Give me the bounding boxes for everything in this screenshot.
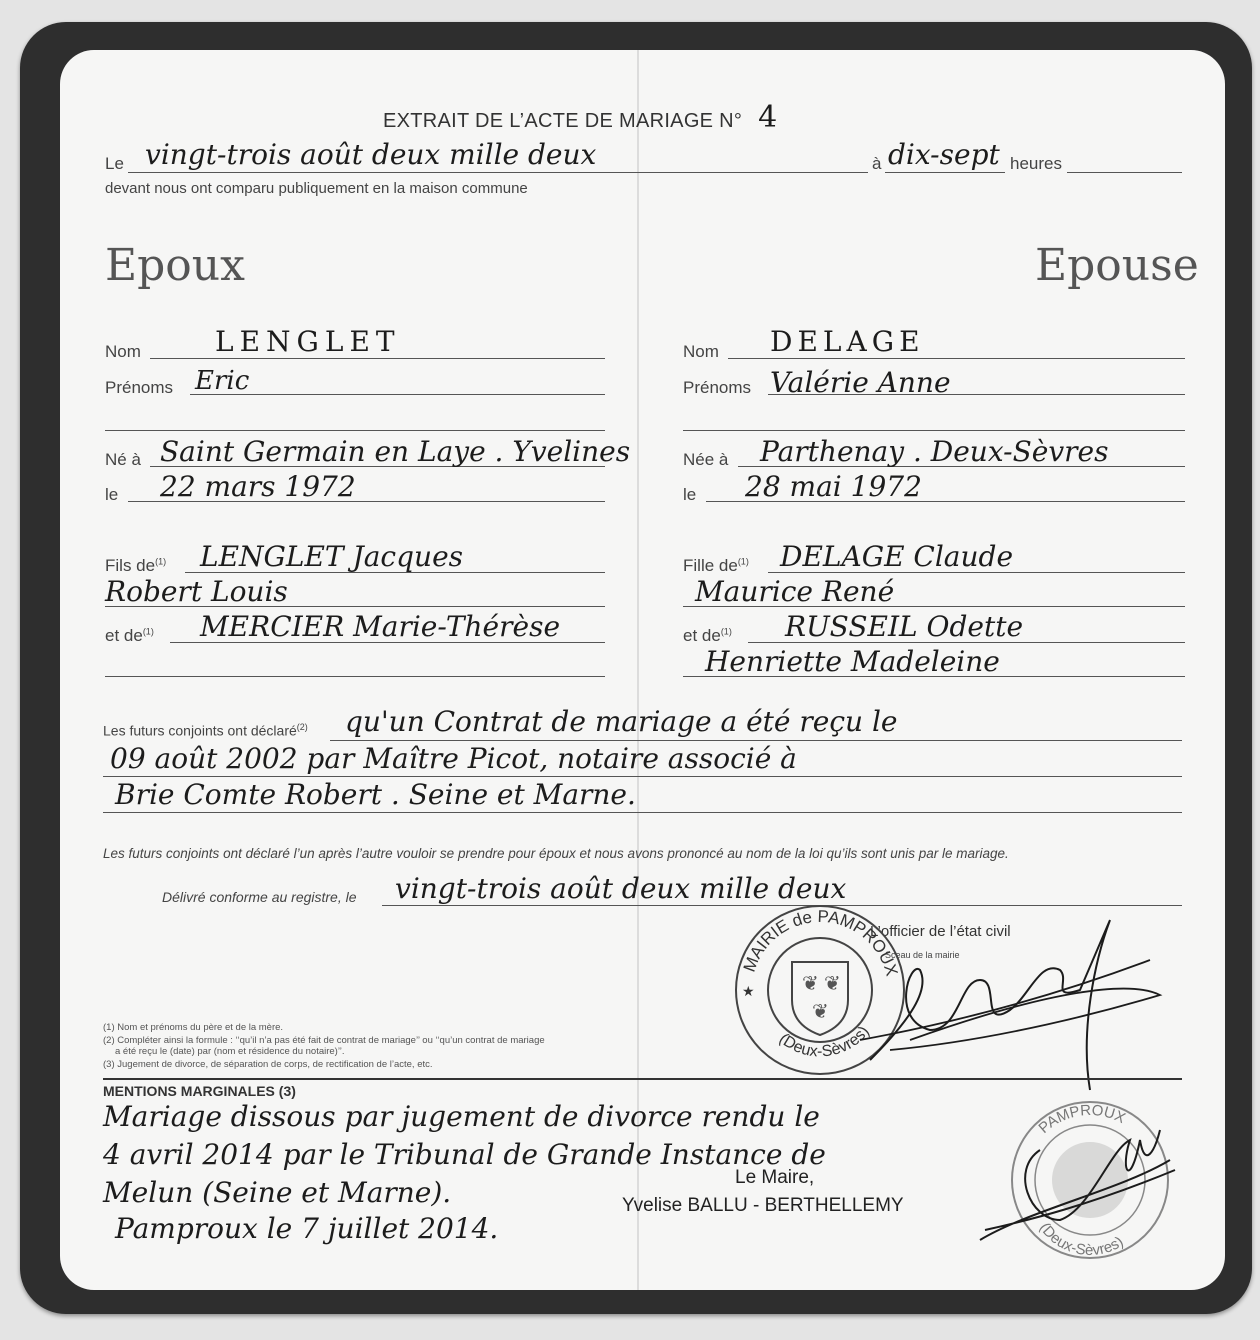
footnote-mark: (1) <box>721 626 732 636</box>
epouse-mother-label: et de <box>683 626 721 645</box>
epouse-birthdate-value: 28 mai 1972 <box>745 470 922 503</box>
footnote-mark: (2) <box>297 722 308 732</box>
footnote-mark: (1) <box>155 556 166 566</box>
svg-text:❦: ❦ <box>824 973 841 995</box>
epoux-prenoms-label: Prénoms <box>105 378 173 398</box>
epoux-birthplace-value: Saint Germain en Laye . Yvelines <box>160 435 630 468</box>
epouse-nom-label: Nom <box>683 342 719 362</box>
delivery-label: Délivré conforme au registre, le <box>162 889 357 905</box>
title-text: EXTRAIT DE L’ACTE DE MARIAGE N° <box>383 110 742 132</box>
footnote-mark: (1) <box>738 556 749 566</box>
epoux-father-value-cont: Robert Louis <box>105 575 288 608</box>
epouse-prenoms-value: Valérie Anne <box>770 366 951 399</box>
mentions-line-1: Mariage dissous par jugement de divorce … <box>103 1100 820 1133</box>
contract-line-2: 09 août 2002 par Maître Picot, notaire a… <box>110 742 797 775</box>
mayor-name: Yvelise BALLU - BERTHELLEMY <box>622 1195 904 1217</box>
footnote-mark: (1) <box>143 626 154 636</box>
hours-label: heures <box>1010 154 1062 174</box>
footnote-2-cont: a été reçu le (date) par (nom et résiden… <box>115 1046 345 1058</box>
svg-text:❦: ❦ <box>812 1001 829 1023</box>
epouse-father-label: Fille de <box>683 556 738 575</box>
officer-signature <box>850 900 1170 1100</box>
mayor-title: Le Maire, <box>735 1167 814 1189</box>
svg-text:★: ★ <box>742 983 755 999</box>
mayor-signature <box>970 1110 1180 1270</box>
date-label: Le <box>105 154 124 174</box>
epoux-birthdate-value: 22 mars 1972 <box>160 470 356 503</box>
epouse-father-value: DELAGE Claude <box>780 540 1013 573</box>
act-number: 4 <box>758 100 777 135</box>
time-label: à <box>872 154 881 174</box>
epoux-heading: Epoux <box>105 240 245 291</box>
epouse-prenoms-label: Prénoms <box>683 378 751 398</box>
footnote-1: (1) Nom et prénoms du père et de la mère… <box>103 1022 283 1034</box>
epoux-mother-label: et de <box>105 626 143 645</box>
epoux-mother-value: MERCIER Marie-Thérèse <box>200 610 560 643</box>
document-title: EXTRAIT DE L’ACTE DE MARIAGE N° 4 <box>383 100 777 135</box>
marriage-time-value: dix-sept <box>888 138 1000 171</box>
contract-label: Les futurs conjoints ont déclaré <box>103 723 297 739</box>
epoux-father-value: LENGLET Jacques <box>200 540 463 573</box>
mentions-line-3: Melun (Seine et Marne). <box>103 1176 451 1209</box>
epoux-birthplace-label: Né à <box>105 450 141 470</box>
marriage-date-value: vingt-trois août deux mille deux <box>145 138 596 171</box>
declaration-text: Les futurs conjoints ont déclaré l’un ap… <box>103 846 1009 861</box>
mentions-line-2: 4 avril 2014 par le Tribunal de Grande I… <box>103 1138 826 1171</box>
contract-line-3: Brie Comte Robert . Seine et Marne. <box>115 778 636 811</box>
epouse-birthdate-label: le <box>683 485 696 505</box>
epouse-heading: Epouse <box>1035 240 1199 291</box>
svg-text:❦: ❦ <box>802 973 819 995</box>
mentions-heading: MENTIONS MARGINALES (3) <box>103 1083 296 1099</box>
epouse-birthplace-value: Parthenay . Deux-Sèvres <box>760 435 1108 468</box>
epouse-mother-value: RUSSEIL Odette <box>785 610 1023 643</box>
epoux-birthdate-label: le <box>105 485 118 505</box>
epoux-father-label: Fils de <box>105 556 155 575</box>
epouse-mother-value-cont: Henriette Madeleine <box>705 645 1000 678</box>
epouse-father-value-cont: Maurice René <box>695 575 894 608</box>
epoux-prenoms-value: Eric <box>195 366 249 396</box>
epoux-nom-value: LENGLET <box>215 325 401 358</box>
appearance-text: devant nous ont comparu publiquement en … <box>105 180 528 197</box>
footnote-3: (3) Jugement de divorce, de séparation d… <box>103 1059 433 1071</box>
epouse-birthplace-label: Née à <box>683 450 728 470</box>
contract-line-1: qu'un Contrat de mariage a été reçu le <box>345 705 897 738</box>
epoux-nom-label: Nom <box>105 342 141 362</box>
epouse-nom-value: DELAGE <box>770 325 925 358</box>
mentions-line-4: Pamproux le 7 juillet 2014. <box>115 1212 498 1245</box>
